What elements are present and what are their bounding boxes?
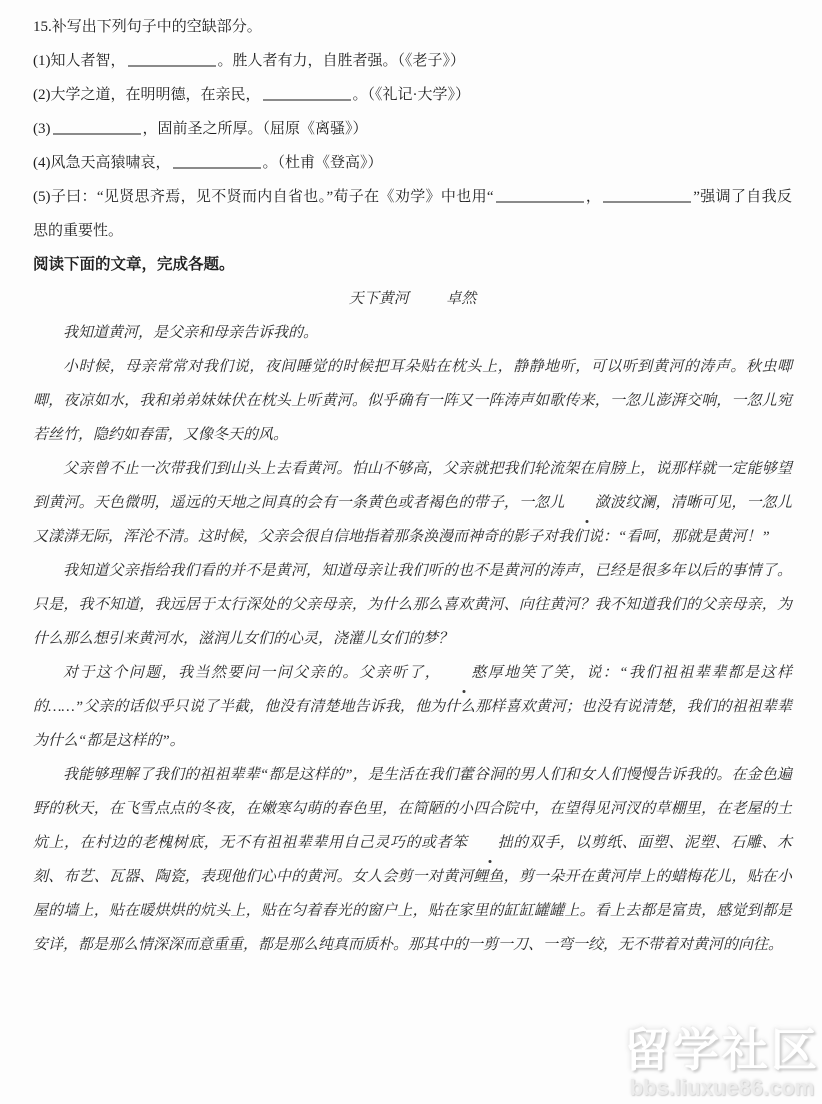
sub-question-4: (4)风急天高猿啸哀，。（杜甫《登高》） — [33, 146, 792, 180]
essay-title: 天下黄河 — [349, 291, 409, 307]
essay-paragraph: 我能够理解了我们的祖祖辈辈“都是这样的”，是生活在我们藿谷洞的男人们和女人们慢慢… — [33, 758, 792, 962]
sub-question-text: ， — [586, 189, 602, 205]
exam-page: 15.补写出下列句子中的空缺部分。 (1)知人者智，。胜人者有力，自胜者强。（《… — [0, 0, 822, 1104]
answer-blank — [173, 153, 261, 169]
sub-question-2: (2)大学之道，在明明德，在亲民，。（《礼记·大学》） — [33, 78, 792, 112]
sub-question-5: (5)子曰：“见贤思齐焉，见不贤而内自省也。”荀子在《劝学》中也用“，”强调了自… — [33, 180, 792, 248]
answer-blank — [263, 85, 351, 101]
answer-blank — [496, 187, 584, 203]
essay: 天下黄河卓然 我知道黄河，是父亲和母亲告诉我的。 小时候，母亲常常对我们说，夜间… — [33, 282, 792, 962]
sub-question-text: (5)子曰：“见贤思齐焉，见不贤而内自省也。”荀子在《劝学》中也用“ — [33, 189, 494, 205]
question-stem-text: 15.补写出下列句子中的空缺部分。 — [33, 19, 262, 35]
sub-question-text: (4)风急天高猿啸哀， — [33, 155, 171, 171]
sub-question-text: (2)大学之道，在明明德，在亲民， — [33, 87, 261, 103]
answer-blank — [53, 119, 141, 135]
sub-question-text: (3) — [33, 121, 51, 137]
watermark-site-name: 留学社区 — [624, 1025, 820, 1076]
essay-title-line: 天下黄河卓然 — [33, 282, 792, 316]
essay-paragraph: 我知道父亲指给我们看的并不是黄河，知道母亲让我们听的也不是黄河的涛声，已经是很多… — [33, 554, 792, 656]
fill-in-question-block: 15.补写出下列句子中的空缺部分。 (1)知人者智，。胜人者有力，自胜者强。（《… — [33, 10, 792, 248]
reading-instruction: 阅读下面的文章，完成各题。 — [33, 248, 792, 282]
watermark-site-url: bbs.liuxue86.com — [624, 1076, 820, 1100]
sub-question-text: 。（《礼记·大学》） — [353, 87, 471, 103]
sub-question-1: (1)知人者智，。胜人者有力，自胜者强。（《老子》） — [33, 44, 792, 78]
essay-paragraph: 我知道黄河，是父亲和母亲告诉我的。 — [33, 316, 792, 350]
sub-question-text: ，固前圣之所厚。（屈原《离骚》） — [143, 121, 368, 137]
essay-paragraph: 小时候，母亲常常对我们说，夜间睡觉的时候把耳朵贴在枕头上，静静地听，可以听到黄河… — [33, 350, 792, 452]
sub-question-text: 。（杜甫《登高》） — [263, 155, 383, 171]
essay-author: 卓然 — [446, 291, 476, 307]
essay-paragraph: 父亲曾不止一次带我们到山头上去看黄河。怕山不够高，父亲就把我们轮流架在肩膀上，说… — [33, 452, 792, 554]
answer-blank — [128, 51, 216, 67]
answer-blank — [603, 187, 691, 203]
essay-paragraph: 对于这个问题，我当然要问一问父亲的。父亲听了，憨厚地笑了笑，说：“我们祖祖辈辈都… — [33, 656, 792, 758]
sub-question-3: (3)，固前圣之所厚。（屈原《离骚》） — [33, 112, 792, 146]
sub-question-text: 。胜人者有力，自胜者强。（《老子》） — [218, 53, 466, 69]
question-stem: 15.补写出下列句子中的空缺部分。 — [33, 10, 792, 44]
sub-question-text: (1)知人者智， — [33, 53, 126, 69]
watermark: 留学社区 bbs.liuxue86.com — [624, 1025, 820, 1100]
reading-section: 阅读下面的文章，完成各题。 天下黄河卓然 我知道黄河，是父亲和母亲告诉我的。 小… — [33, 248, 792, 962]
